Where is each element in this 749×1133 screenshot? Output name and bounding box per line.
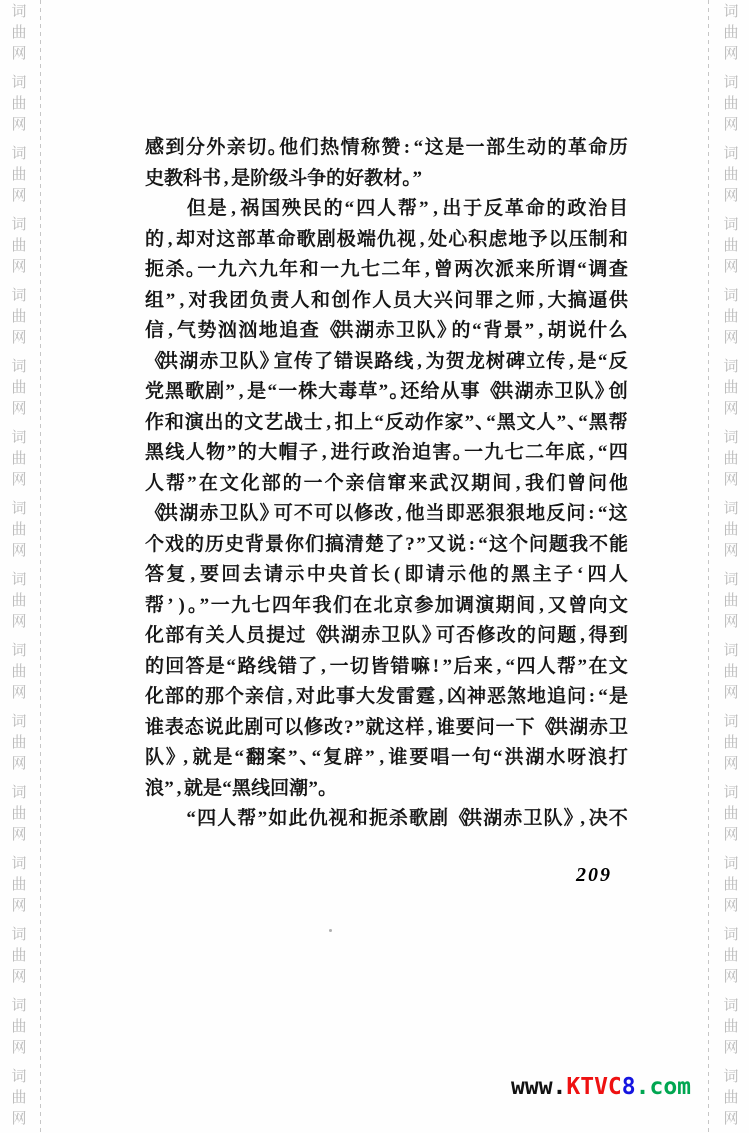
watermark-char: 网 xyxy=(11,683,26,704)
url-segment: .com xyxy=(636,1074,691,1100)
text-line: 答复,要回去请示中央首长(即请示他的黑主子‘四人 xyxy=(145,560,628,591)
watermark-char: 词 xyxy=(11,286,26,307)
watermark-char: 网 xyxy=(11,470,26,491)
watermark-char: 曲 xyxy=(723,946,738,967)
watermark-char: 曲 xyxy=(11,520,26,541)
watermark-char: 曲 xyxy=(11,1017,26,1038)
watermark-char: 网 xyxy=(11,1038,26,1059)
watermark-group: 词曲网 xyxy=(11,144,26,207)
watermark-group: 词曲网 xyxy=(723,73,738,136)
watermark-char: 曲 xyxy=(11,165,26,186)
watermark-char: 网 xyxy=(723,967,738,988)
url-segment: www. xyxy=(511,1074,566,1100)
site-url-watermark: www.KTVC8.com xyxy=(511,1074,691,1100)
watermark-char: 词 xyxy=(11,570,26,591)
watermark-group: 词曲网 xyxy=(11,499,26,562)
text-line: 黑线人物”的大帽子,进行政治迫害。一九七二年底,“四 xyxy=(145,438,628,469)
text-line: 《洪湖赤卫队》可不可以修改,他当即恶狠狠地反问:“这 xyxy=(145,499,628,530)
watermark-char: 词 xyxy=(723,2,738,23)
watermark-char: 网 xyxy=(723,612,738,633)
watermark-group: 词曲网 xyxy=(723,499,738,562)
watermark-column-right: 词曲网词曲网词曲网词曲网词曲网词曲网词曲网词曲网词曲网词曲网词曲网词曲网词曲网词… xyxy=(719,2,743,1133)
watermark-char: 词 xyxy=(11,144,26,165)
text-line: 作和演出的文艺战士,扣上“反动作家”、“黑文人”、“黑帮 xyxy=(145,408,628,439)
watermark-char: 词 xyxy=(723,215,738,236)
watermark-group: 词曲网 xyxy=(11,925,26,988)
watermark-char: 词 xyxy=(723,144,738,165)
watermark-group: 词曲网 xyxy=(723,854,738,917)
watermark-char: 词 xyxy=(723,570,738,591)
watermark-char: 词 xyxy=(11,2,26,23)
watermark-char: 曲 xyxy=(723,236,738,257)
watermark-column-left: 词曲网词曲网词曲网词曲网词曲网词曲网词曲网词曲网词曲网词曲网词曲网词曲网词曲网词… xyxy=(7,2,31,1133)
watermark-char: 曲 xyxy=(723,23,738,44)
watermark-char: 网 xyxy=(11,825,26,846)
text-line: 化部有关人员提过《洪湖赤卫队》可否修改的问题,得到 xyxy=(145,621,628,652)
watermark-char: 网 xyxy=(11,967,26,988)
watermark-char: 词 xyxy=(11,73,26,94)
watermark-char: 词 xyxy=(11,215,26,236)
watermark-char: 网 xyxy=(723,328,738,349)
text-line: 帮’)。”一九七四年我们在北京参加调演期间,又曾向文 xyxy=(145,591,628,622)
watermark-char: 曲 xyxy=(723,591,738,612)
text-line: 党黑歌剧”,是“一株大毒草”。还给从事《洪湖赤卫队》创 xyxy=(145,377,628,408)
watermark-group: 词曲网 xyxy=(723,783,738,846)
watermark-char: 网 xyxy=(723,1109,738,1130)
watermark-char: 网 xyxy=(723,754,738,775)
text-line: 感到分外亲切。他们热情称赞:“这是一部生动的革命历 xyxy=(145,133,628,164)
watermark-char: 词 xyxy=(723,854,738,875)
text-line: 但是,祸国殃民的“四人帮”,出于反革命的政治目 xyxy=(145,194,628,225)
watermark-char: 曲 xyxy=(11,236,26,257)
watermark-char: 词 xyxy=(11,499,26,520)
watermark-char: 网 xyxy=(723,44,738,65)
watermark-char: 词 xyxy=(723,286,738,307)
watermark-char: 词 xyxy=(11,428,26,449)
watermark-char: 词 xyxy=(723,996,738,1017)
watermark-char: 网 xyxy=(723,825,738,846)
watermark-char: 曲 xyxy=(723,94,738,115)
text-line: 人帮”在文化部的一个亲信窜来武汉期间,我们曾问他 xyxy=(145,469,628,500)
watermark-char: 网 xyxy=(11,399,26,420)
watermark-group: 词曲网 xyxy=(11,783,26,846)
watermark-group: 词曲网 xyxy=(723,2,738,65)
watermark-char: 网 xyxy=(723,683,738,704)
watermark-char: 词 xyxy=(723,499,738,520)
watermark-group: 词曲网 xyxy=(11,73,26,136)
watermark-group: 词曲网 xyxy=(11,854,26,917)
text-line: “四人帮”如此仇视和扼杀歌剧《洪湖赤卫队》,决不 xyxy=(145,804,628,835)
watermark-char: 网 xyxy=(11,186,26,207)
watermark-char: 曲 xyxy=(11,23,26,44)
text-line: 的回答是“路线错了,一切皆错嘛!”后来,“四人帮”在文 xyxy=(145,652,628,683)
watermark-char: 网 xyxy=(11,612,26,633)
watermark-char: 词 xyxy=(11,641,26,662)
watermark-char: 曲 xyxy=(723,165,738,186)
text-line: 扼杀。一九六九年和一九七二年,曾两次派来所谓“调查 xyxy=(145,255,628,286)
left-dashed-rule xyxy=(40,0,41,1133)
watermark-group: 词曲网 xyxy=(723,286,738,349)
watermark-char: 词 xyxy=(11,712,26,733)
watermark-char: 词 xyxy=(11,996,26,1017)
text-line: 史教科书,是阶级斗争的好教材。” xyxy=(145,164,628,195)
watermark-char: 词 xyxy=(723,357,738,378)
watermark-char: 词 xyxy=(723,712,738,733)
watermark-char: 网 xyxy=(723,257,738,278)
watermark-group: 词曲网 xyxy=(723,1067,738,1130)
watermark-group: 词曲网 xyxy=(723,428,738,491)
watermark-char: 网 xyxy=(11,896,26,917)
watermark-group: 词曲网 xyxy=(723,641,738,704)
page-body-text: 感到分外亲切。他们热情称赞:“这是一部生动的革命历史教科书,是阶级斗争的好教材。… xyxy=(145,133,628,835)
watermark-char: 曲 xyxy=(11,875,26,896)
watermark-char: 网 xyxy=(723,896,738,917)
watermark-char: 网 xyxy=(11,754,26,775)
watermark-char: 词 xyxy=(723,783,738,804)
watermark-char: 曲 xyxy=(11,307,26,328)
watermark-group: 词曲网 xyxy=(11,215,26,278)
watermark-char: 曲 xyxy=(11,1088,26,1109)
watermark-char: 网 xyxy=(11,44,26,65)
watermark-group: 词曲网 xyxy=(723,996,738,1059)
watermark-char: 曲 xyxy=(11,662,26,683)
watermark-char: 词 xyxy=(11,1067,26,1088)
watermark-char: 曲 xyxy=(723,733,738,754)
watermark-char: 词 xyxy=(11,925,26,946)
watermark-group: 词曲网 xyxy=(723,144,738,207)
watermark-char: 词 xyxy=(723,641,738,662)
watermark-char: 词 xyxy=(11,783,26,804)
watermark-group: 词曲网 xyxy=(11,1067,26,1130)
watermark-group: 词曲网 xyxy=(723,712,738,775)
watermark-char: 网 xyxy=(11,328,26,349)
watermark-char: 网 xyxy=(723,470,738,491)
text-line: 化部的那个亲信,对此事大发雷霆,凶神恶煞地追问:“是 xyxy=(145,682,628,713)
text-line: 浪”,就是“黑线回潮”。 xyxy=(145,774,628,805)
page-number: 209 xyxy=(145,864,628,887)
watermark-char: 曲 xyxy=(723,875,738,896)
watermark-char: 词 xyxy=(723,1067,738,1088)
watermark-char: 曲 xyxy=(723,662,738,683)
text-line: 组”,对我团负责人和创作人员大兴问罪之师,大搞逼供 xyxy=(145,286,628,317)
watermark-char: 网 xyxy=(11,257,26,278)
watermark-char: 网 xyxy=(723,541,738,562)
watermark-char: 网 xyxy=(723,186,738,207)
text-line: 信,气势汹汹地追查《洪湖赤卫队》的“背景”,胡说什么 xyxy=(145,316,628,347)
text-line: 《洪湖赤卫队》宣传了错误路线,为贺龙树碑立传,是“反 xyxy=(145,347,628,378)
watermark-char: 曲 xyxy=(11,804,26,825)
text-line: 个戏的历史背景你们搞清楚了?”又说:“这个问题我不能 xyxy=(145,530,628,561)
scanned-book-page: 词曲网词曲网词曲网词曲网词曲网词曲网词曲网词曲网词曲网词曲网词曲网词曲网词曲网词… xyxy=(0,0,749,1133)
scan-speck xyxy=(329,929,332,932)
watermark-char: 曲 xyxy=(723,449,738,470)
watermark-char: 曲 xyxy=(723,1017,738,1038)
watermark-char: 网 xyxy=(11,1109,26,1130)
watermark-group: 词曲网 xyxy=(723,925,738,988)
watermark-group: 词曲网 xyxy=(11,428,26,491)
watermark-char: 曲 xyxy=(723,520,738,541)
watermark-group: 词曲网 xyxy=(11,286,26,349)
watermark-char: 网 xyxy=(11,115,26,136)
watermark-group: 词曲网 xyxy=(723,357,738,420)
watermark-char: 曲 xyxy=(723,804,738,825)
watermark-char: 曲 xyxy=(11,378,26,399)
watermark-char: 曲 xyxy=(11,733,26,754)
watermark-group: 词曲网 xyxy=(723,570,738,633)
url-segment: KTVC xyxy=(566,1074,621,1100)
watermark-char: 词 xyxy=(723,428,738,449)
watermark-char: 曲 xyxy=(723,1088,738,1109)
watermark-char: 网 xyxy=(723,115,738,136)
watermark-char: 曲 xyxy=(723,378,738,399)
watermark-char: 曲 xyxy=(11,449,26,470)
watermark-char: 词 xyxy=(11,854,26,875)
watermark-group: 词曲网 xyxy=(11,712,26,775)
watermark-char: 词 xyxy=(11,357,26,378)
watermark-char: 词 xyxy=(723,73,738,94)
watermark-char: 曲 xyxy=(723,307,738,328)
watermark-group: 词曲网 xyxy=(11,996,26,1059)
watermark-char: 网 xyxy=(11,541,26,562)
text-line: 队》,就是“翻案”、“复辟”,谁要唱一句“洪湖水呀浪打 xyxy=(145,743,628,774)
watermark-char: 词 xyxy=(723,925,738,946)
watermark-group: 词曲网 xyxy=(11,357,26,420)
watermark-char: 网 xyxy=(723,399,738,420)
text-line: 的,却对这部革命歌剧极端仇视,处心积虑地予以压制和 xyxy=(145,225,628,256)
watermark-group: 词曲网 xyxy=(11,641,26,704)
watermark-char: 网 xyxy=(723,1038,738,1059)
watermark-char: 曲 xyxy=(11,591,26,612)
watermark-char: 曲 xyxy=(11,94,26,115)
watermark-group: 词曲网 xyxy=(11,2,26,65)
url-segment: 8 xyxy=(622,1074,636,1100)
right-dashed-rule xyxy=(708,0,709,1133)
watermark-group: 词曲网 xyxy=(11,570,26,633)
watermark-char: 曲 xyxy=(11,946,26,967)
watermark-group: 词曲网 xyxy=(723,215,738,278)
text-line: 谁表态说此剧可以修改?”就这样,谁要问一下《洪湖赤卫 xyxy=(145,713,628,744)
